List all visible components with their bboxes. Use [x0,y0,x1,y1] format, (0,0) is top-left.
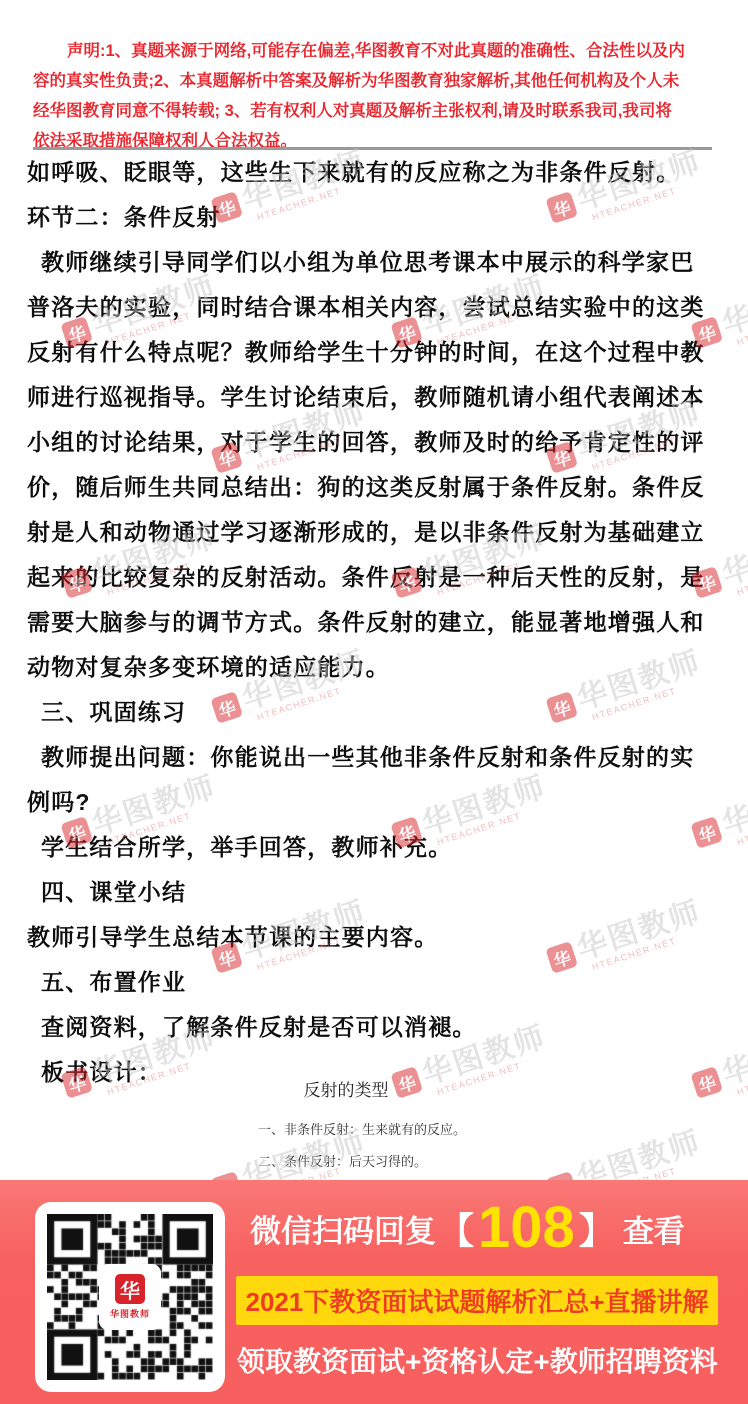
bracket-close: 】 [579,1203,615,1254]
banner-footer-text: 领取教资面试+资格认定+教师招聘资料 [237,1340,718,1380]
bracket-open: 【 [438,1203,474,1254]
board-title: 反射的类型 [0,1076,720,1101]
body-line: 需要大脑参与的调节方式。条件反射的建立，能显著地增强人和 [27,600,739,645]
banner-highlight-box: 2021下教资面试试题解析汇总+直播讲解 [236,1276,718,1325]
body-line: 例吗? [27,780,739,825]
lesson-body: 如呼吸、眨眼等，这些生下来就有的反应称之为非条件反射。 环节二：条件反射 教师继… [27,150,739,1095]
banner-headline-prefix: 微信扫码回复 [250,1206,436,1251]
body-line: 反射有什么特点呢？教师给学生十分钟的时间，在这个过程中教 [27,330,739,375]
body-line: 动物对复杂多变环境的适应能力。 [27,645,739,690]
section-heading: 三、巩固练习 [27,690,739,735]
body-line: 射是人和动物通过学习逐渐形成的，是以非条件反射为基础建立 [27,510,739,555]
board-item: 一、非条件反射：生来就有的反应。 [258,1119,748,1138]
qr-logo-label: 华图教师 [110,1307,150,1320]
section-heading: 五、布置作业 [27,960,739,1005]
disclaimer-box: 声明:1、真题来源于网络,可能存在偏差,华图教育不对此真题的准确性、合法性以及内… [33,36,733,156]
body-line: 师进行巡视指导。学生讨论结束后，教师随机请小组代表阐述本 [27,375,739,420]
board-item: 二、条件反射：后天习得的。 [258,1151,748,1170]
section-heading: 四、课堂小结 [27,870,739,915]
disclaimer-line: 声明:1、真题来源于网络,可能存在偏差,华图教育不对此真题的准确性、合法性以及内 [33,36,733,66]
body-line: 查阅资料，了解条件反射是否可以消褪。 [27,1005,739,1050]
qr-code: 华 华图教师 [35,1202,225,1392]
huatu-logo-icon: 华 [115,1274,145,1304]
body-line: 教师提出问题：你能说出一些其他非条件反射和条件反射的实 [27,735,739,780]
disclaimer-line: 经华图教育同意不得转载; 3、若有权利人对真题及解析主张权利,请及时联系我司,我… [33,96,733,126]
qr-center-logo: 华 华图教师 [99,1264,161,1330]
document-page: 华华图教师HTEACHER.NET华华图教师HTEACHER.NET华华图教师H… [0,0,748,1404]
section-heading: 环节二：条件反射 [27,195,739,240]
reply-code: 108 [478,1199,575,1257]
body-line: 普洛夫的实验，同时结合课本相关内容，尝试总结实验中的这类 [27,285,739,330]
body-line: 起来的比较复杂的反射活动。条件反射是一种后天性的反射，是 [27,555,739,600]
body-line: 小组的讨论结果，对于学生的回答，教师及时的给予肯定性的评 [27,420,739,465]
banner-headline-suffix: 查看 [623,1206,685,1251]
promo-banner: 华 华图教师 微信扫码回复 【 108 】 查看 2021下教资面试试题解析汇总… [0,1180,748,1404]
disclaimer-line: 容的真实性负责;2、本真题解析中答案及解析为华图教育独家解析,其他任何机构及个人… [33,66,733,96]
body-line: 学生结合所学，举手回答，教师补充。 [27,825,739,870]
body-line: 价，随后师生共同总结出：狗的这类反射属于条件反射。条件反 [27,465,739,510]
blackboard-design: 反射的类型 一、非条件反射：生来就有的反应。 二、条件反射：后天习得的。 [0,1076,748,1170]
body-line: 教师继续引导同学们以小组为单位思考课本中展示的科学家巴 [27,240,739,285]
body-line: 教师引导学生总结本节课的主要内容。 [27,915,739,960]
banner-headline: 微信扫码回复 【 108 】 查看 [250,1194,685,1262]
body-line: 如呼吸、眨眼等，这些生下来就有的反应称之为非条件反射。 [27,150,739,195]
